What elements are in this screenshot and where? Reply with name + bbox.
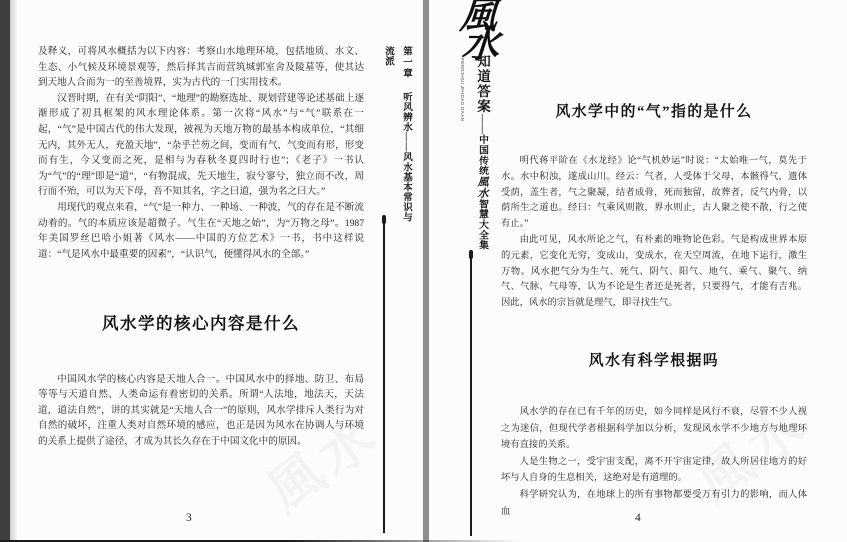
paragraph: 由此可见，风水所论之气，有朴素的唯物论色彩。气是构成世界本原的元素，它变化无穷，… — [501, 233, 807, 312]
right-section1-body: 明代蒋平阶在《水龙经》论“气机妙运”时说：“太始唯一气，莫先于水。水中积浊，遂成… — [501, 154, 807, 312]
book-title-pinyin: FENGSHUI ZHIDAO DAAN — [460, 58, 465, 121]
sidebar-rule-line — [470, 250, 472, 536]
paragraph: 用现代的观点来看，“气”是一种力、一种场、一种波，气的存在是不断流动着的。气的本… — [38, 200, 364, 262]
chapter-number: 第一章 — [401, 46, 411, 79]
paragraph: 人是生物之一，受宇宙支配，离不开宇宙定律，故人所居住地方的好坏与人自身的生息相关… — [501, 454, 807, 487]
left-section-body: 中国风水学的核心内容是天地人合一。中国风水中的择地、防卫、布局等等与天道自然、人… — [38, 372, 364, 449]
book-series-sidebar: 知道答案——中国传统風水智慧大全集 — [472, 54, 492, 250]
paragraph: 及释义，可将风水概括为以下内容：考察山水地理环境，包括地质、水文、生态、小气候及… — [38, 44, 364, 91]
book-subtitle-suffix: 智慧大全集 — [477, 199, 488, 251]
section-heading: 风水有科学根据吗 — [501, 349, 807, 370]
book-subtitle-prefix: ——中国传统 — [477, 114, 488, 176]
right-page: 風 水 FENGSHUI ZHIDAO DAAN 知道答案——中国传统風水智慧大… — [429, 0, 847, 542]
page-number: 3 — [186, 512, 192, 524]
paragraph: 明代蒋平阶在《水龙经》论“气机妙运”时说：“太始唯一气，莫先于水。水中积浊，遂成… — [501, 154, 807, 233]
section-heading: 风水学的核心内容是什么 — [38, 310, 364, 334]
page-number: 4 — [635, 512, 641, 524]
book-subtitle: ——中国传统風水智慧大全集 — [477, 114, 488, 250]
section-heading: 风水学中的“气”指的是什么 — [501, 100, 807, 121]
paragraph: 风水学的存在已有千年的历史，如今同样是风行不衰，尽管不少人视之为迷信，但现代学者… — [501, 404, 807, 454]
right-section2-body: 风水学的存在已有千年的历史，如今同样是风行不衰，尽管不少人视之为迷信，但现代学者… — [501, 404, 807, 520]
chapter-rule-line — [383, 215, 385, 533]
page-gutter-shade — [10, 0, 18, 542]
subtitle-shui-glyph: 水 — [476, 187, 488, 199]
paragraph: 科学研究认为，在地球上的所有事物都要受万有引力的影响，而人体血 — [501, 487, 807, 520]
book-scan-spread: { "left_page": { "chapter_sidebar": { "c… — [0, 0, 847, 542]
scan-edge-strip — [0, 0, 10, 542]
book-series-title: 知道答案 — [475, 54, 490, 114]
paragraph: 汉晋时期，在有关“阴阳”、“地理”的勘察选址、规划营建等论述基础上逐渐形成了初具… — [38, 91, 364, 200]
subtitle-feng-glyph: 風 — [476, 176, 488, 188]
chapter-sidebar: 第一章 听风辨水——风水基本常识与流派 — [379, 46, 415, 226]
left-body-text: 及释义，可将风水概括为以下内容：考察山水地理环境，包括地质、水文、生态、小气候及… — [38, 44, 364, 262]
paragraph: 中国风水学的核心内容是天地人合一。中国风水中的择地、防卫、布局等等与天道自然、人… — [38, 372, 364, 449]
left-page: 及释义，可将风水概括为以下内容：考察山水地理环境，包括地质、水文、生态、小气候及… — [10, 0, 423, 542]
